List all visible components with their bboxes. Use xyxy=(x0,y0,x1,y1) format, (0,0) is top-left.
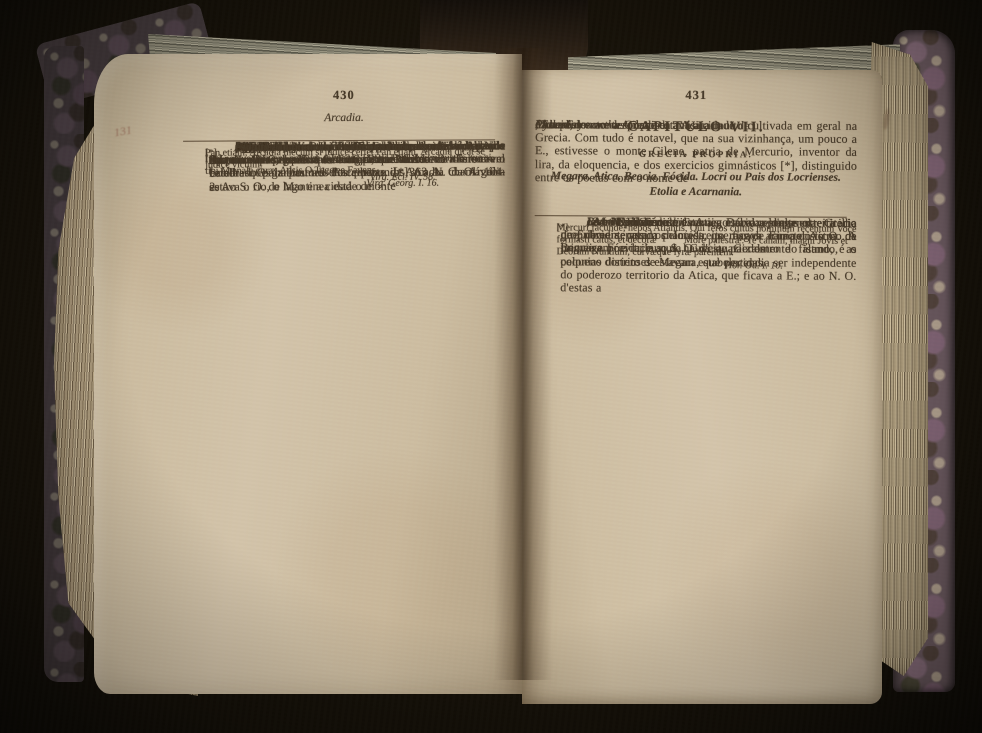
left-page-number: 430 xyxy=(183,87,505,103)
left-page-content: 430 Arcadia. 133. A provincia da Arcadia… xyxy=(183,87,505,153)
footnote-verse: Mercuri facunde, nepos Atlantis, Qui fer… xyxy=(556,222,856,273)
chapter-heading: CAPITULO VII. xyxy=(535,118,857,137)
verse-line: Qui feros cultus hominum recentum xyxy=(690,223,834,235)
running-head: Arcadia. xyxy=(183,111,505,124)
footnote-pan-etiam: [*] Pan etiam, Arcadia mecum si judice c… xyxy=(183,146,505,147)
verse-attribution: Hor. Od. I. 10. xyxy=(651,260,856,273)
verse-line: Adsis O Tegeæe Favens. xyxy=(280,165,379,176)
right-page-number: 431 xyxy=(535,87,857,104)
footnote-verse: Ipse nemus linquens patrium saltusque Ly… xyxy=(205,152,505,190)
verse-line: Nuntium, curvæque lyræ parentem. xyxy=(592,246,734,258)
verse-line: More palestræ: xyxy=(659,235,744,246)
section-heading: GRECIA PROPRIA. xyxy=(535,148,857,160)
verse-line: Ipse nemus linquens patrium saltusque Ly… xyxy=(205,153,389,165)
book-photograph: 131 430 Arcadia. 133. A provincia da Arc… xyxy=(0,0,982,733)
footnote-ipse-nemus: [**] Ipse nemus linquens patrium saltusq… xyxy=(183,152,505,153)
verse-attribution: Virg. Georg. I. 16. xyxy=(300,177,505,190)
right-page-content: 431 dade d'eles ao desprezo da música mu… xyxy=(535,87,858,224)
chapter-subtitle: Megara. Atica. Beocia. Fócida. Locri ou … xyxy=(535,169,857,201)
handwritten-mark: 131 xyxy=(113,123,133,141)
verse-line: Mercuri facunde, nepos Atlantis, xyxy=(557,222,688,234)
